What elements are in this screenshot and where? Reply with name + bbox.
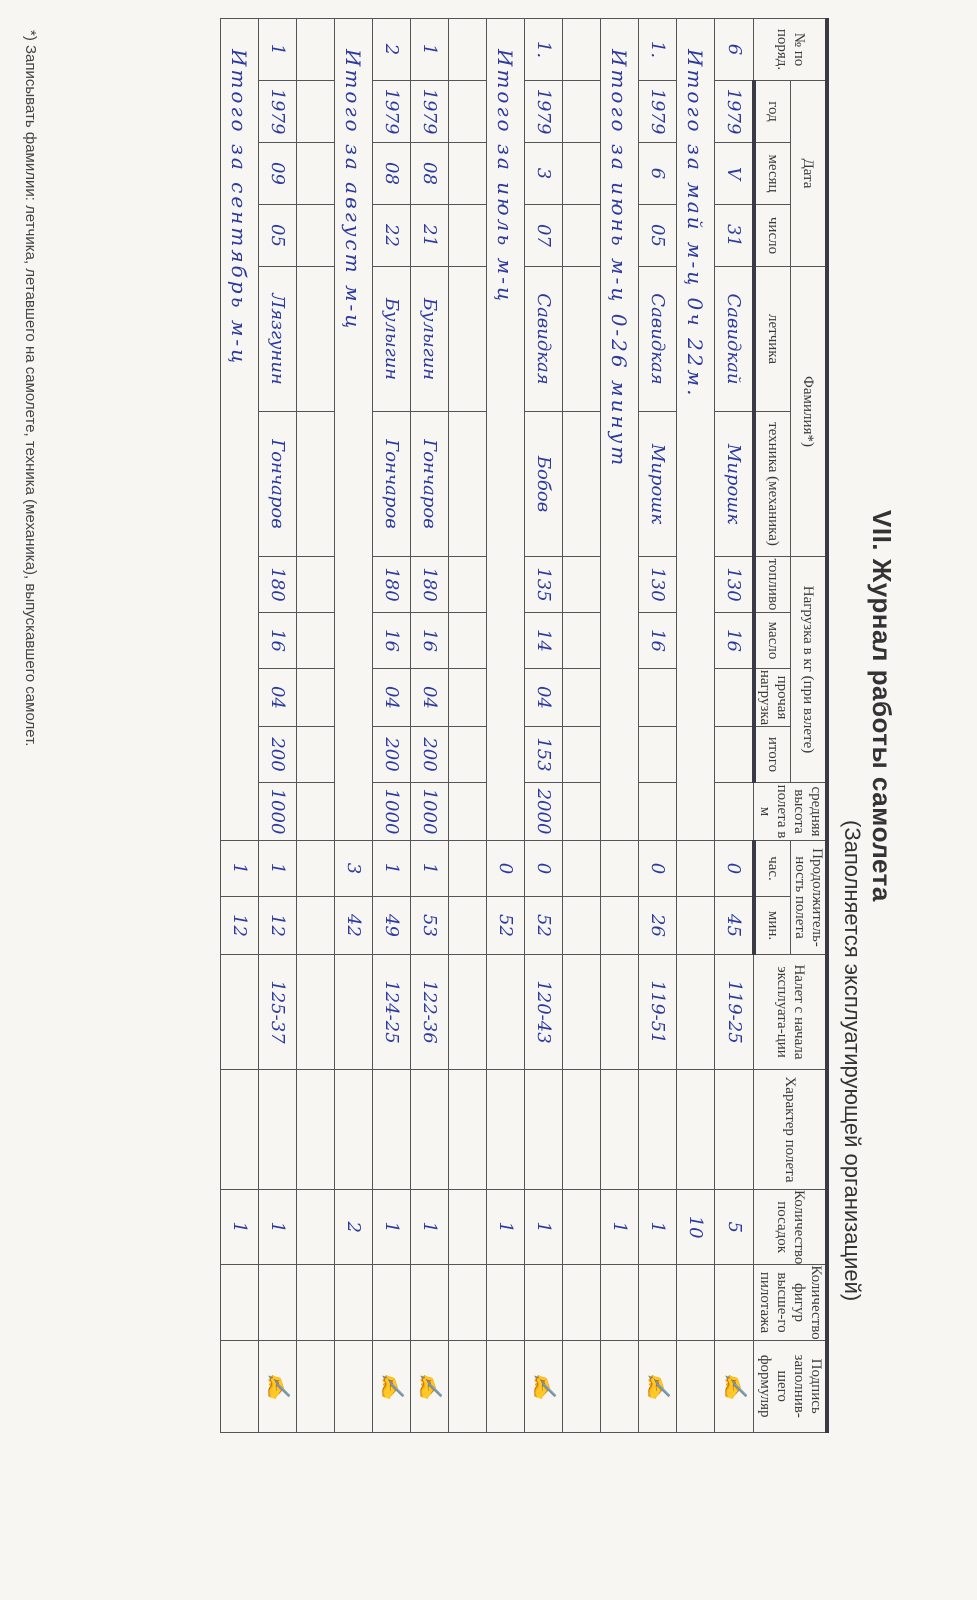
aircraft-log-table: № по поряд. Дата Фамилия*) Нагрузка в кг…: [220, 18, 829, 1433]
cell-tech: Мирошк: [639, 412, 677, 557]
cell-signature: [563, 1340, 601, 1432]
cell-other: 04: [525, 669, 563, 727]
cell-month: 08: [411, 143, 449, 205]
cell-num: 1.: [525, 19, 563, 81]
cell-altitude: 1000: [259, 783, 297, 841]
cell-total: 200: [259, 727, 297, 783]
cell-pilot: [563, 267, 601, 412]
cell-month: [563, 143, 601, 205]
cell-day: 21: [411, 205, 449, 267]
cell-oil: 16: [411, 613, 449, 669]
cell-day: [449, 205, 487, 267]
cell-character: [221, 1070, 259, 1190]
cell-year: 1979: [715, 81, 755, 143]
cell-year: 1979: [639, 81, 677, 143]
cell-num: 1.: [639, 19, 677, 81]
header-month: месяц: [754, 143, 791, 205]
cell-character: [411, 1070, 449, 1190]
blank-row: [297, 19, 335, 1433]
cell-flight-time: [449, 955, 487, 1070]
footnote: *) Записывать фамилии: летчика, летавшег…: [22, 30, 39, 746]
cell-tech: [563, 412, 601, 557]
cell-num: 2: [373, 19, 411, 81]
header-date: Дата: [791, 81, 828, 267]
cell-landings: 10: [677, 1190, 715, 1265]
header-load-total: итого: [754, 727, 791, 783]
cell-minutes: 49: [373, 897, 411, 955]
cell-character: [677, 1070, 715, 1190]
header-day: число: [754, 205, 791, 267]
table-row: 119790821БулыгинГончаров1801604200100015…: [411, 19, 449, 1433]
table-row: 119790905ЛязгунинГончаров180160420010001…: [259, 19, 297, 1433]
cell-flight-time: 122-36: [411, 955, 449, 1070]
cell-num: [449, 19, 487, 81]
cell-fuel: [297, 557, 335, 613]
cell-oil: [563, 613, 601, 669]
total-label: Итого за июль м-ц: [487, 19, 525, 841]
cell-signature: ✍: [411, 1340, 449, 1432]
cell-hours: [449, 841, 487, 897]
cell-landings: 1: [639, 1190, 677, 1265]
cell-num: 1: [259, 19, 297, 81]
cell-day: 22: [373, 205, 411, 267]
cell-flight-time: 120-43: [525, 955, 563, 1070]
cell-minutes: 52: [525, 897, 563, 955]
total-row: Итого за июнь м-ц 0-26 минут1: [601, 19, 639, 1433]
cell-altitude: [449, 783, 487, 841]
cell-month: [449, 143, 487, 205]
cell-signature: ✍: [639, 1340, 677, 1432]
cell-character: [487, 1070, 525, 1190]
cell-landings: 5: [715, 1190, 755, 1265]
cell-total: 153: [525, 727, 563, 783]
header-names: Фамилия*): [791, 267, 828, 557]
header-year: год: [754, 81, 791, 143]
cell-other: [715, 669, 755, 727]
cell-altitude: 1000: [373, 783, 411, 841]
cell-minutes: 12: [259, 897, 297, 955]
cell-fuel: 130: [715, 557, 755, 613]
cell-fuel: [563, 557, 601, 613]
cell-landings: [449, 1190, 487, 1265]
cell-aerobatics: [449, 1265, 487, 1340]
header-load: Нагрузка в кг (при взлете): [791, 557, 828, 783]
cell-total: [639, 727, 677, 783]
page-subtitle: (Заполняется эксплуатирующей организацие…: [839, 820, 865, 1301]
cell-hours: 1: [259, 841, 297, 897]
cell-signature: ✍: [259, 1340, 297, 1432]
blank-row: [563, 19, 601, 1433]
cell-tech: Гончаров: [259, 412, 297, 557]
cell-month: 08: [373, 143, 411, 205]
cell-altitude: 1000: [411, 783, 449, 841]
header-landings: Количество посадок: [754, 1190, 827, 1265]
header-aerobatics: Количество фигур высше-го пилотажа: [754, 1265, 827, 1340]
cell-tech: [449, 412, 487, 557]
cell-total: [297, 727, 335, 783]
cell-tech: Гончаров: [411, 412, 449, 557]
header-num: № по поряд.: [754, 19, 827, 81]
cell-other: [297, 669, 335, 727]
cell-flight-time: [563, 955, 601, 1070]
cell-aerobatics: [525, 1265, 563, 1340]
header-signature: Подпись заполнив-шего формуляр: [754, 1340, 827, 1432]
cell-hours: [677, 841, 715, 897]
cell-oil: 16: [259, 613, 297, 669]
cell-minutes: [563, 897, 601, 955]
cell-signature: ✍: [373, 1340, 411, 1432]
cell-flight-time: [487, 955, 525, 1070]
cell-num: [563, 19, 601, 81]
blank-row: [449, 19, 487, 1433]
header-fuel: топливо: [754, 557, 791, 613]
cell-pilot: Булыгин: [411, 267, 449, 412]
cell-year: [449, 81, 487, 143]
cell-fuel: [449, 557, 487, 613]
cell-day: 31: [715, 205, 755, 267]
cell-oil: 16: [639, 613, 677, 669]
cell-fuel: 135: [525, 557, 563, 613]
cell-year: 1979: [411, 81, 449, 143]
cell-aerobatics: [335, 1265, 373, 1340]
cell-day: 05: [639, 205, 677, 267]
cell-hours: 3: [335, 841, 373, 897]
cell-flight-time: [221, 955, 259, 1070]
total-row: Итого за август м-ц3422: [335, 19, 373, 1433]
cell-hours: [297, 841, 335, 897]
cell-num: 6: [715, 19, 755, 81]
cell-year: 1979: [525, 81, 563, 143]
cell-aerobatics: [259, 1265, 297, 1340]
cell-fuel: 180: [373, 557, 411, 613]
cell-other: [449, 669, 487, 727]
cell-pilot: Савидкая: [639, 267, 677, 412]
cell-character: [297, 1070, 335, 1190]
total-label: Итого за июнь м-ц 0-26 минут: [601, 19, 639, 841]
table-row: 1.1979307СавидкаяБобов135140415320000521…: [525, 19, 563, 1433]
cell-hours: 0: [639, 841, 677, 897]
total-row: Итого за май м-ц 0ч 22м.10: [677, 19, 715, 1433]
cell-landings: 1: [487, 1190, 525, 1265]
cell-minutes: [297, 897, 335, 955]
cell-character: [715, 1070, 755, 1190]
header-flight-time: Налет с начала эксплуата-ции: [754, 955, 827, 1070]
cell-signature: [335, 1340, 373, 1432]
cell-day: 05: [259, 205, 297, 267]
cell-minutes: 52: [487, 897, 525, 955]
cell-tech: [297, 412, 335, 557]
cell-hours: 1: [373, 841, 411, 897]
table-row: 219790822БулыгинГончаров1801604200100014…: [373, 19, 411, 1433]
cell-oil: 16: [715, 613, 755, 669]
log-body: 61979V31СавидкайМирошк13016045119-255✍Ит…: [221, 19, 755, 1433]
cell-signature: [487, 1340, 525, 1432]
header-altitude: средняя высота полета в м: [754, 783, 827, 841]
cell-day: 07: [525, 205, 563, 267]
page-title: VII. Журнал работы самолета: [866, 510, 897, 902]
cell-signature: [677, 1340, 715, 1432]
cell-character: [563, 1070, 601, 1190]
cell-total: [449, 727, 487, 783]
cell-landings: 1: [259, 1190, 297, 1265]
cell-other: [639, 669, 677, 727]
cell-oil: 14: [525, 613, 563, 669]
header-pilot: летчика: [754, 267, 791, 412]
cell-aerobatics: [639, 1265, 677, 1340]
cell-hours: 0: [487, 841, 525, 897]
cell-signature: ✍: [525, 1340, 563, 1432]
cell-total: 200: [411, 727, 449, 783]
cell-minutes: 26: [639, 897, 677, 955]
table-row: 1.1979605СавидкаяМирошк13016026119-511✍: [639, 19, 677, 1433]
cell-flight-time: [297, 955, 335, 1070]
header-character: Характер полета: [754, 1070, 827, 1190]
cell-month: 6: [639, 143, 677, 205]
cell-character: [335, 1070, 373, 1190]
header-other-load: прочая нагрузка: [754, 669, 791, 727]
cell-landings: 1: [221, 1190, 259, 1265]
cell-minutes: [677, 897, 715, 955]
cell-year: [297, 81, 335, 143]
cell-pilot: [297, 267, 335, 412]
cell-minutes: [449, 897, 487, 955]
cell-landings: 1: [525, 1190, 563, 1265]
cell-character: [601, 1070, 639, 1190]
cell-oil: 16: [373, 613, 411, 669]
cell-pilot: Лязгунин: [259, 267, 297, 412]
cell-altitude: [715, 783, 755, 841]
cell-fuel: 180: [259, 557, 297, 613]
cell-minutes: 12: [221, 897, 259, 955]
cell-aerobatics: [677, 1265, 715, 1340]
cell-aerobatics: [715, 1265, 755, 1340]
cell-other: 04: [373, 669, 411, 727]
cell-signature: [449, 1340, 487, 1432]
header-oil: масло: [754, 613, 791, 669]
cell-year: [563, 81, 601, 143]
cell-flight-time: [677, 955, 715, 1070]
cell-year: 1979: [373, 81, 411, 143]
cell-month: 09: [259, 143, 297, 205]
cell-flight-time: 124-25: [373, 955, 411, 1070]
cell-month: 3: [525, 143, 563, 205]
cell-minutes: 45: [715, 897, 755, 955]
cell-fuel: 180: [411, 557, 449, 613]
cell-pilot: Савидкай: [715, 267, 755, 412]
cell-flight-time: [335, 955, 373, 1070]
cell-num: 1: [411, 19, 449, 81]
cell-total: [715, 727, 755, 783]
total-row: Итого за сентябрь м-ц1121: [221, 19, 259, 1433]
cell-oil: [449, 613, 487, 669]
cell-hours: 0: [715, 841, 755, 897]
cell-month: [297, 143, 335, 205]
cell-tech: Бобов: [525, 412, 563, 557]
cell-altitude: [297, 783, 335, 841]
cell-character: [373, 1070, 411, 1190]
total-row: Итого за июль м-ц0521: [487, 19, 525, 1433]
total-label: Итого за сентябрь м-ц: [221, 19, 259, 841]
cell-hours: [563, 841, 601, 897]
total-label: Итого за август м-ц: [335, 19, 373, 841]
cell-landings: 1: [373, 1190, 411, 1265]
cell-character: [525, 1070, 563, 1190]
cell-other: 04: [259, 669, 297, 727]
cell-landings: 2: [335, 1190, 373, 1265]
cell-fuel: 130: [639, 557, 677, 613]
logbook-page: VII. Журнал работы самолета (Заполняется…: [0, 0, 977, 1600]
cell-day: [297, 205, 335, 267]
cell-signature: ✍: [715, 1340, 755, 1432]
cell-month: V: [715, 143, 755, 205]
cell-hours: [601, 841, 639, 897]
cell-aerobatics: [487, 1265, 525, 1340]
header-hours: час.: [754, 841, 791, 897]
cell-minutes: [601, 897, 639, 955]
cell-signature: [297, 1340, 335, 1432]
cell-day: [563, 205, 601, 267]
cell-aerobatics: [221, 1265, 259, 1340]
cell-hours: 1: [221, 841, 259, 897]
table-row: 61979V31СавидкайМирошк13016045119-255✍: [715, 19, 755, 1433]
cell-altitude: [563, 783, 601, 841]
total-label: Итого за май м-ц 0ч 22м.: [677, 19, 715, 841]
cell-tech: Мирошк: [715, 412, 755, 557]
cell-flight-time: 119-51: [639, 955, 677, 1070]
cell-year: 1979: [259, 81, 297, 143]
cell-minutes: 53: [411, 897, 449, 955]
cell-landings: 1: [601, 1190, 639, 1265]
cell-character: [449, 1070, 487, 1190]
cell-landings: [297, 1190, 335, 1265]
cell-altitude: [639, 783, 677, 841]
cell-other: 04: [411, 669, 449, 727]
header-tech: техника (механика): [754, 412, 791, 557]
cell-signature: [601, 1340, 639, 1432]
cell-landings: [563, 1190, 601, 1265]
cell-flight-time: [601, 955, 639, 1070]
cell-oil: [297, 613, 335, 669]
cell-aerobatics: [297, 1265, 335, 1340]
cell-pilot: [449, 267, 487, 412]
cell-landings: 1: [411, 1190, 449, 1265]
cell-signature: [221, 1340, 259, 1432]
cell-aerobatics: [411, 1265, 449, 1340]
cell-tech: Гончаров: [373, 412, 411, 557]
cell-aerobatics: [563, 1265, 601, 1340]
cell-pilot: Савидкая: [525, 267, 563, 412]
cell-hours: 1: [411, 841, 449, 897]
header-minutes: мин.: [754, 897, 791, 955]
cell-other: [563, 669, 601, 727]
cell-character: [259, 1070, 297, 1190]
cell-minutes: 42: [335, 897, 373, 955]
cell-character: [639, 1070, 677, 1190]
cell-hours: 0: [525, 841, 563, 897]
cell-total: [563, 727, 601, 783]
cell-total: 200: [373, 727, 411, 783]
cell-flight-time: 119-25: [715, 955, 755, 1070]
cell-num: [297, 19, 335, 81]
cell-aerobatics: [373, 1265, 411, 1340]
cell-altitude: 2000: [525, 783, 563, 841]
header-duration: Продолжитель-ность полета: [791, 841, 828, 955]
cell-pilot: Булыгин: [373, 267, 411, 412]
cell-flight-time: 125-37: [259, 955, 297, 1070]
cell-aerobatics: [601, 1265, 639, 1340]
